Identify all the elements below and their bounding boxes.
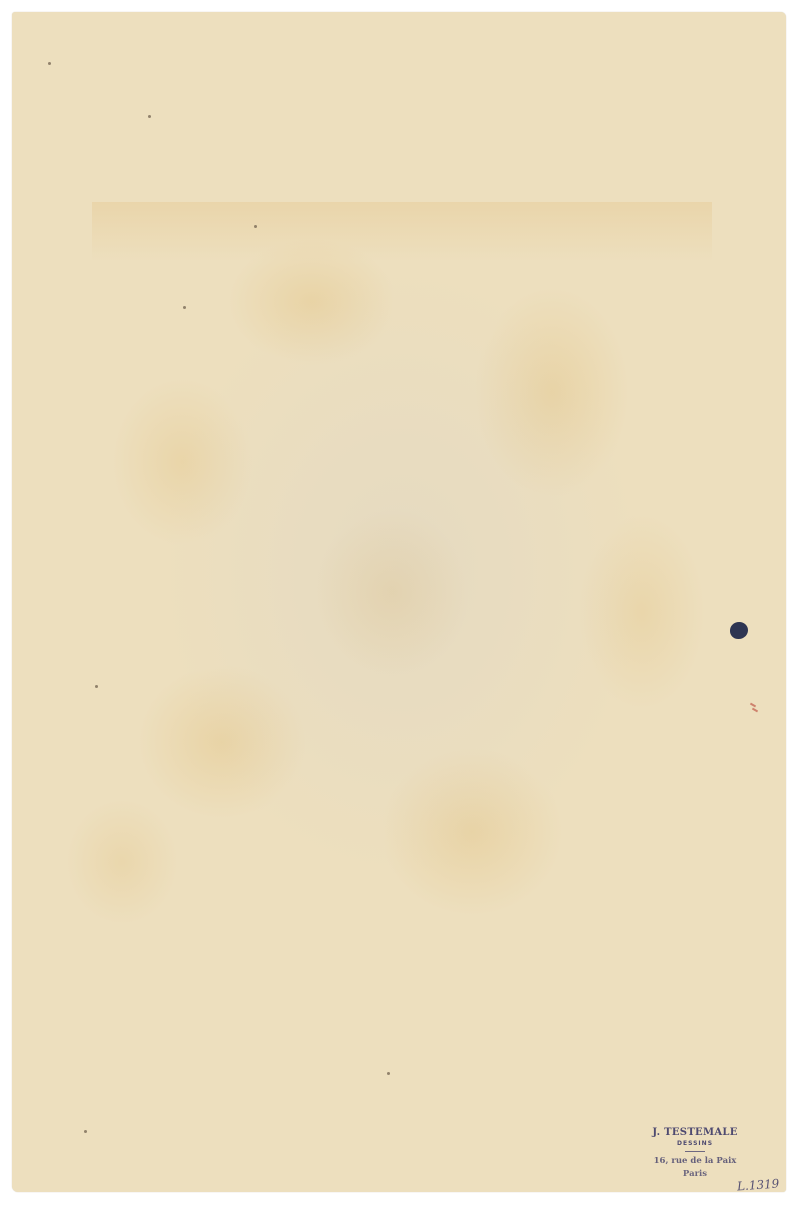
speck: [95, 685, 98, 688]
handwritten-reference-number: L.1319: [737, 1177, 780, 1194]
stamp-city: Paris: [640, 1170, 750, 1179]
speck: [183, 306, 186, 309]
speck: [148, 115, 151, 118]
stamp-subtitle: DESSINS: [640, 1141, 750, 1147]
speck: [48, 62, 51, 65]
paper-sheet: [12, 12, 786, 1192]
design-show-through: [82, 192, 722, 952]
stamp-name: J. TESTEMALE: [640, 1128, 750, 1138]
speck: [84, 1130, 87, 1133]
top-stain-band: [92, 202, 712, 262]
stamp-address: 16, rue de la Paix: [640, 1157, 750, 1166]
speck: [387, 1072, 390, 1075]
speck: [254, 225, 257, 228]
stamp-divider: [685, 1151, 705, 1152]
publisher-stamp: J. TESTEMALE DESSINS 16, rue de la Paix …: [640, 1128, 750, 1178]
